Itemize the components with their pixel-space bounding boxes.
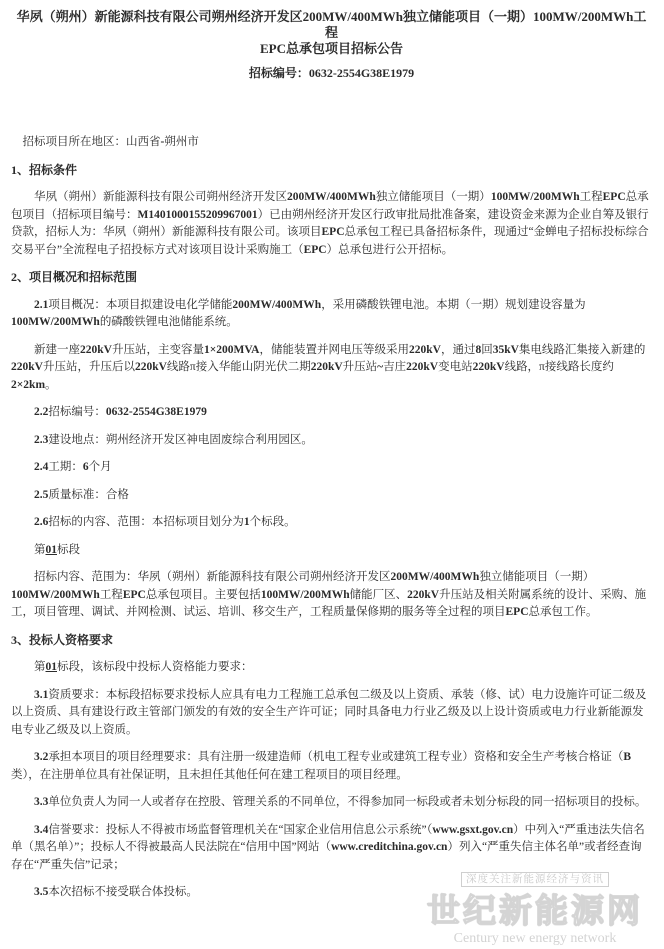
title-line-1: 华夙（朔州）新能源科技有限公司朔州经济开发区200MW/400MWh独立储能项目… [11, 9, 652, 41]
lot-heading: 第01标段 [11, 542, 652, 560]
lot-requirement-suffix: 标段，该标段中投标人资格能力要求： [57, 661, 253, 673]
bid-number-line: 招标编号：0632-2554G38E1979 [11, 65, 652, 82]
section-2-4-line: 2.4工期：6个月 [11, 459, 652, 477]
section-2-heading: 2、项目概况和招标范围 [11, 269, 652, 287]
lot-number: 01 [46, 661, 58, 673]
section-3-3-paragraph: 3.3单位负责人为同一人或者存在控股、管理关系的不同单位，不得参加同一标段或者未… [11, 794, 652, 812]
section-3-2-paragraph: 3.2承担本项目的项目经理要求：具有注册一级建造师（机电工程专业或建筑工程专业）… [11, 749, 652, 784]
section-2-2-line: 2.2招标编号：0632-2554G38E1979 [11, 404, 652, 422]
watermark-brand-english: Century new energy network [416, 931, 654, 946]
section-1-paragraph: 华夙（朔州）新能源科技有限公司朔州经济开发区200MW/400MWh独立储能项目… [11, 189, 652, 259]
section-2-1b-paragraph: 新建一座220kV升压站，主变容量1×200MVA，储能装置并网电压等级采用22… [11, 342, 652, 395]
section-2-6-line: 2.6招标的内容、范围：本招标项目划分为1个标段。 [11, 514, 652, 532]
section-2-5-line: 2.5质量标准：合格 [11, 487, 652, 505]
lot-prefix: 第 [34, 544, 46, 556]
watermark-tagline: 深度关注新能源经济与资讯 [461, 872, 609, 887]
lot-scope-paragraph: 招标内容、范围为：华夙（朔州）新能源科技有限公司朔州经济开发区200MW/400… [11, 569, 652, 622]
watermark-brand-logo: 世纪新能源网 [416, 893, 654, 929]
lot-requirement-heading: 第01标段，该标段中投标人资格能力要求： [11, 659, 652, 677]
lot-suffix: 标段 [57, 544, 80, 556]
document-title: 华夙（朔州）新能源科技有限公司朔州经济开发区200MW/400MWh独立储能项目… [11, 9, 652, 57]
document-page: 华夙（朔州）新能源科技有限公司朔州经济开发区200MW/400MWh独立储能项目… [0, 0, 664, 949]
section-3-4-paragraph: 3.4信誉要求：投标人不得被市场监督管理机关在“国家企业信用信息公示系统”（ww… [11, 822, 652, 875]
watermark: 深度关注新能源经济与资讯 世纪新能源网 Century new energy n… [416, 869, 654, 946]
section-2-3-line: 2.3建设地点：朔州经济开发区神电固废综合利用园区。 [11, 432, 652, 450]
section-3-heading: 3、投标人资格要求 [11, 632, 652, 650]
title-line-2: EPC总承包项目招标公告 [11, 41, 652, 57]
section-2-1-paragraph: 2.1项目概况：本项目拟建设电化学储能200MW/400MWh，采用磷酸铁锂电池… [11, 297, 652, 332]
lot-prefix: 第 [34, 661, 46, 673]
document-body: 华夙（朔州）新能源科技有限公司朔州经济开发区200MW/400MWh独立储能项目… [0, 0, 664, 902]
project-location-line: 招标项目所在地区：山西省-朔州市 [11, 134, 652, 152]
lot-number: 01 [46, 544, 58, 556]
section-3-1-paragraph: 3.1资质要求：本标段招标要求投标人应具有电力工程施工总承包二级及以上资质、承装… [11, 687, 652, 740]
section-1-heading: 1、招标条件 [11, 162, 652, 180]
